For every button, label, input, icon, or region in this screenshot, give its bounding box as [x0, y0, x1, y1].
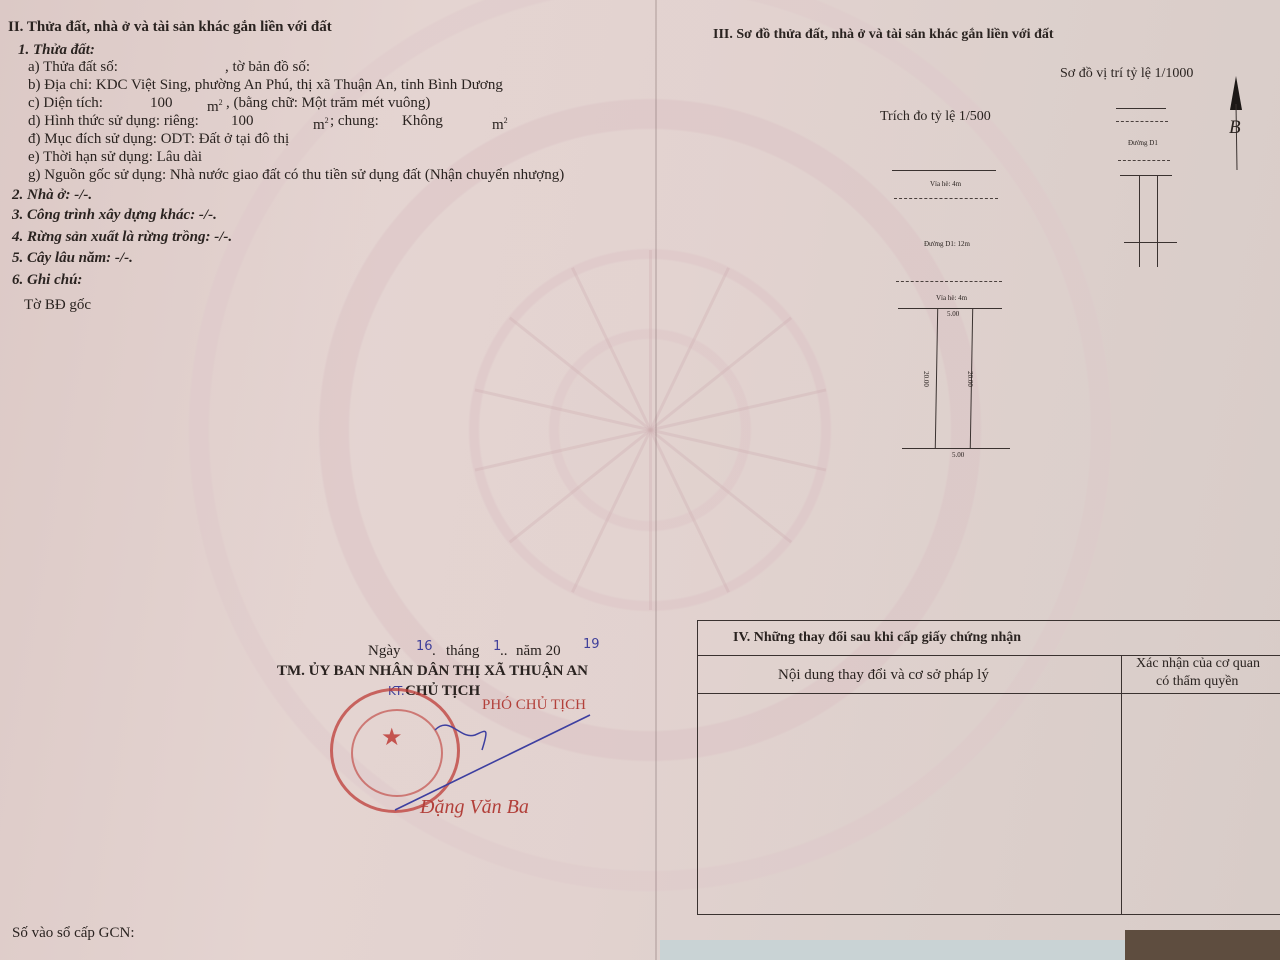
date-year-label: năm 20: [516, 642, 561, 660]
parcel-bottom-edge: [902, 448, 1010, 449]
road-top-dash: [894, 198, 998, 199]
location-road-dash: [1116, 121, 1168, 122]
section-iv-title: IV. Những thay đổi sau khi cấp giấy chứn…: [733, 629, 1021, 647]
background-carpet: [1125, 930, 1280, 960]
area-label: c) Diện tích:: [28, 94, 103, 112]
location-parcel-right: [1157, 175, 1158, 267]
date-day-value: 16: [416, 638, 433, 656]
date-day-label: Ngày: [368, 642, 401, 660]
watermark-ray: [649, 430, 652, 610]
sidewalk-bottom-label: Vỉa hè: 4m: [936, 294, 967, 302]
location-parcel-bottom: [1124, 242, 1177, 243]
date-month-dots: ..: [500, 642, 508, 660]
usage-private-value: 100: [231, 112, 254, 130]
usage-term: e) Thời hạn sử dụng: Lâu dài: [28, 148, 202, 166]
notes-heading: 6. Ghi chú:: [12, 271, 82, 289]
map-sheet-label: , tờ bản đồ số:: [225, 58, 310, 76]
parcel-top-length: 5.00: [947, 310, 959, 318]
date-year-value: 19: [583, 636, 600, 654]
perennial-item: 5. Cây lâu năm: -/-.: [12, 249, 133, 267]
usage-shared-value: Không: [402, 112, 443, 130]
date-month-label: tháng: [446, 642, 479, 660]
sidewalk-top-edge: [892, 170, 996, 171]
section-iii-title: III. Sơ đồ thửa đất, nhà ở và tài sản kh…: [713, 26, 1054, 44]
parcel-right-length: 20.00: [966, 371, 974, 387]
area-value: 100: [150, 94, 173, 112]
road-label: Đường D1: 12m: [924, 240, 970, 248]
survey-scale: Trích đo tỷ lệ 1/500: [880, 108, 991, 126]
usage-private-unit: m2: [313, 112, 329, 134]
parcel-number-label: a) Thửa đất số:: [28, 58, 118, 76]
usage-shared-label: ; chung:: [330, 112, 379, 130]
watermark-ray: [649, 250, 652, 430]
road-bottom-dash: [896, 281, 1002, 282]
changes-table-header-row: Nội dung thay đổi và cơ sở pháp lý Xác n…: [698, 655, 1280, 694]
column-header-change-content: Nội dung thay đổi và cơ sở pháp lý: [778, 666, 989, 684]
issuing-authority: TM. ỦY BAN NHÂN DÂN THỊ XÃ THUẬN AN: [277, 662, 588, 680]
background-sheet: [660, 940, 1130, 960]
section-ii-title: II. Thửa đất, nhà ở và tài sản khác gắn …: [8, 18, 332, 36]
usage-purpose: đ) Mục đích sử dụng: ODT: Đất ở tại đô t…: [28, 130, 289, 148]
signer-name: Đặng Văn Ba: [420, 796, 529, 818]
changes-table-title-row: IV. Những thay đổi sau khi cấp giấy chứn…: [698, 621, 1280, 656]
north-label: B: [1229, 117, 1241, 139]
usage-origin: g) Nguồn gốc sử dụng: Nhà nước giao đất …: [28, 166, 564, 184]
house-item: 2. Nhà ở: -/-.: [12, 186, 92, 204]
location-road-dash-2: [1118, 160, 1170, 161]
notes-value: Tờ BĐ gốc: [24, 296, 91, 314]
column-header-authority-line2: có thẩm quyền: [1156, 673, 1238, 691]
forest-item: 4. Rừng sản xuất là rừng trồng: -/-.: [12, 228, 232, 246]
location-road-edge-2: [1120, 175, 1172, 176]
column-header-authority-line1: Xác nhận của cơ quan: [1136, 655, 1260, 673]
parcel-left-length: 20.00: [922, 371, 930, 387]
location-scale: Sơ đồ vị trí tỷ lệ 1/1000: [1060, 65, 1193, 83]
land-heading: 1. Thửa đất:: [18, 41, 95, 59]
address: b) Địa chỉ: KDC Việt Sing, phường An Phú…: [28, 76, 503, 94]
date-day-dots: .: [432, 642, 436, 660]
registry-label: Số vào sổ cấp GCN:: [12, 924, 135, 942]
location-road-label: Đường D1: [1128, 139, 1158, 147]
page-fold: [655, 0, 657, 960]
area-in-words: , (bằng chữ: Một trăm mét vuông): [226, 94, 430, 112]
sidewalk-top-label: Vỉa hè: 4m: [930, 180, 961, 188]
usage-shared-unit: m2: [492, 112, 508, 134]
changes-table: IV. Những thay đổi sau khi cấp giấy chứn…: [697, 620, 1280, 915]
location-road-edge: [1116, 108, 1166, 109]
usage-form-label: d) Hình thức sử dụng: riêng:: [28, 112, 199, 130]
parcel-bottom-length: 5.00: [952, 451, 964, 459]
area-unit: m2: [207, 94, 223, 116]
location-parcel-left: [1139, 175, 1140, 267]
parcel-top-edge: [898, 308, 1002, 309]
other-construction-item: 3. Công trình xây dựng khác: -/-.: [12, 206, 217, 224]
changes-table-divider: [1121, 655, 1122, 914]
